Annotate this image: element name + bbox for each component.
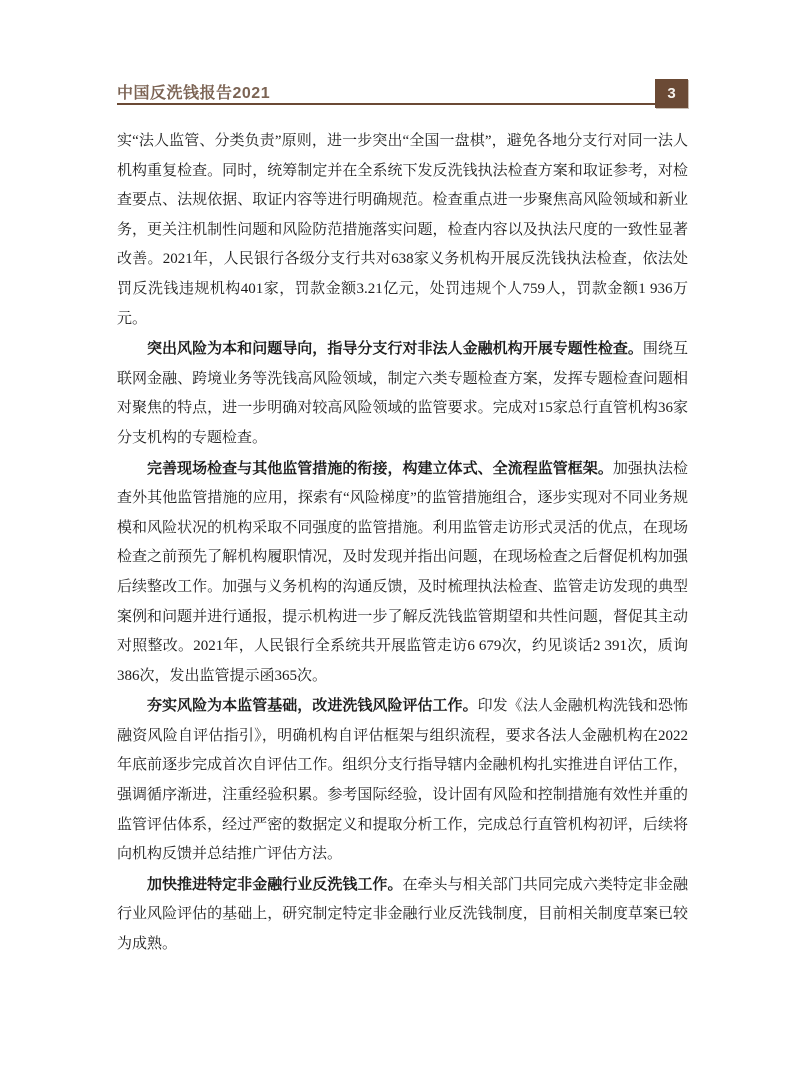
paragraph-text: 实“法人监管、分类负责”原则，进一步突出“全国一盘棋”，避免各地分支行对同一法人… [117,133,688,327]
paragraph-lead-emphasis: 夯实风险为本监管基础，改进洗钱风险评估工作。 [147,697,478,714]
body-text: 实“法人监管、分类负责”原则，进一步突出“全国一盘棋”，避免各地分支行对同一法人… [117,127,688,960]
paragraph-lead-emphasis: 加快推进特定非金融行业反洗钱工作。 [147,876,402,893]
paragraph-text: 加强执法检查外其他监管措施的应用，探索有“风险梯度”的监管措施组合，逐步实现对不… [117,461,688,684]
report-page: 中国反洗钱报告2021 3 实“法人监管、分类负责”原则，进一步突出“全国一盘棋… [0,0,793,1077]
paragraph: 夯实风险为本监管基础，改进洗钱风险评估工作。印发《法人金融机构洗钱和恐怖融资风险… [117,691,688,870]
report-header-title: 中国反洗钱报告2021 [117,80,270,103]
paragraph: 突出风险为本和问题导向，指导分支行对非法人金融机构开展专题性检查。围绕互联网金融… [117,334,688,453]
page-number-badge: 3 [655,79,688,108]
paragraph-lead-emphasis: 完善现场检查与其他监管措施的衔接，构建立体式、全流程监管框架。 [147,460,613,477]
paragraph-text: 印发《法人金融机构洗钱和恐怖融资风险自评估指引》，明确机构自评估框架与组织流程，… [117,698,688,862]
paragraph-lead-emphasis: 突出风险为本和问题导向，指导分支行对非法人金融机构开展专题性检查。 [147,340,643,357]
paragraph: 加快推进特定非金融行业反洗钱工作。在牵头与相关部门共同完成六类特定非金融行业风险… [117,870,688,960]
header-rule [117,103,655,105]
paragraph: 完善现场检查与其他监管措施的衔接，构建立体式、全流程监管框架。加强执法检查外其他… [117,454,688,692]
paragraph: 实“法人监管、分类负责”原则，进一步突出“全国一盘棋”，避免各地分支行对同一法人… [117,127,688,334]
